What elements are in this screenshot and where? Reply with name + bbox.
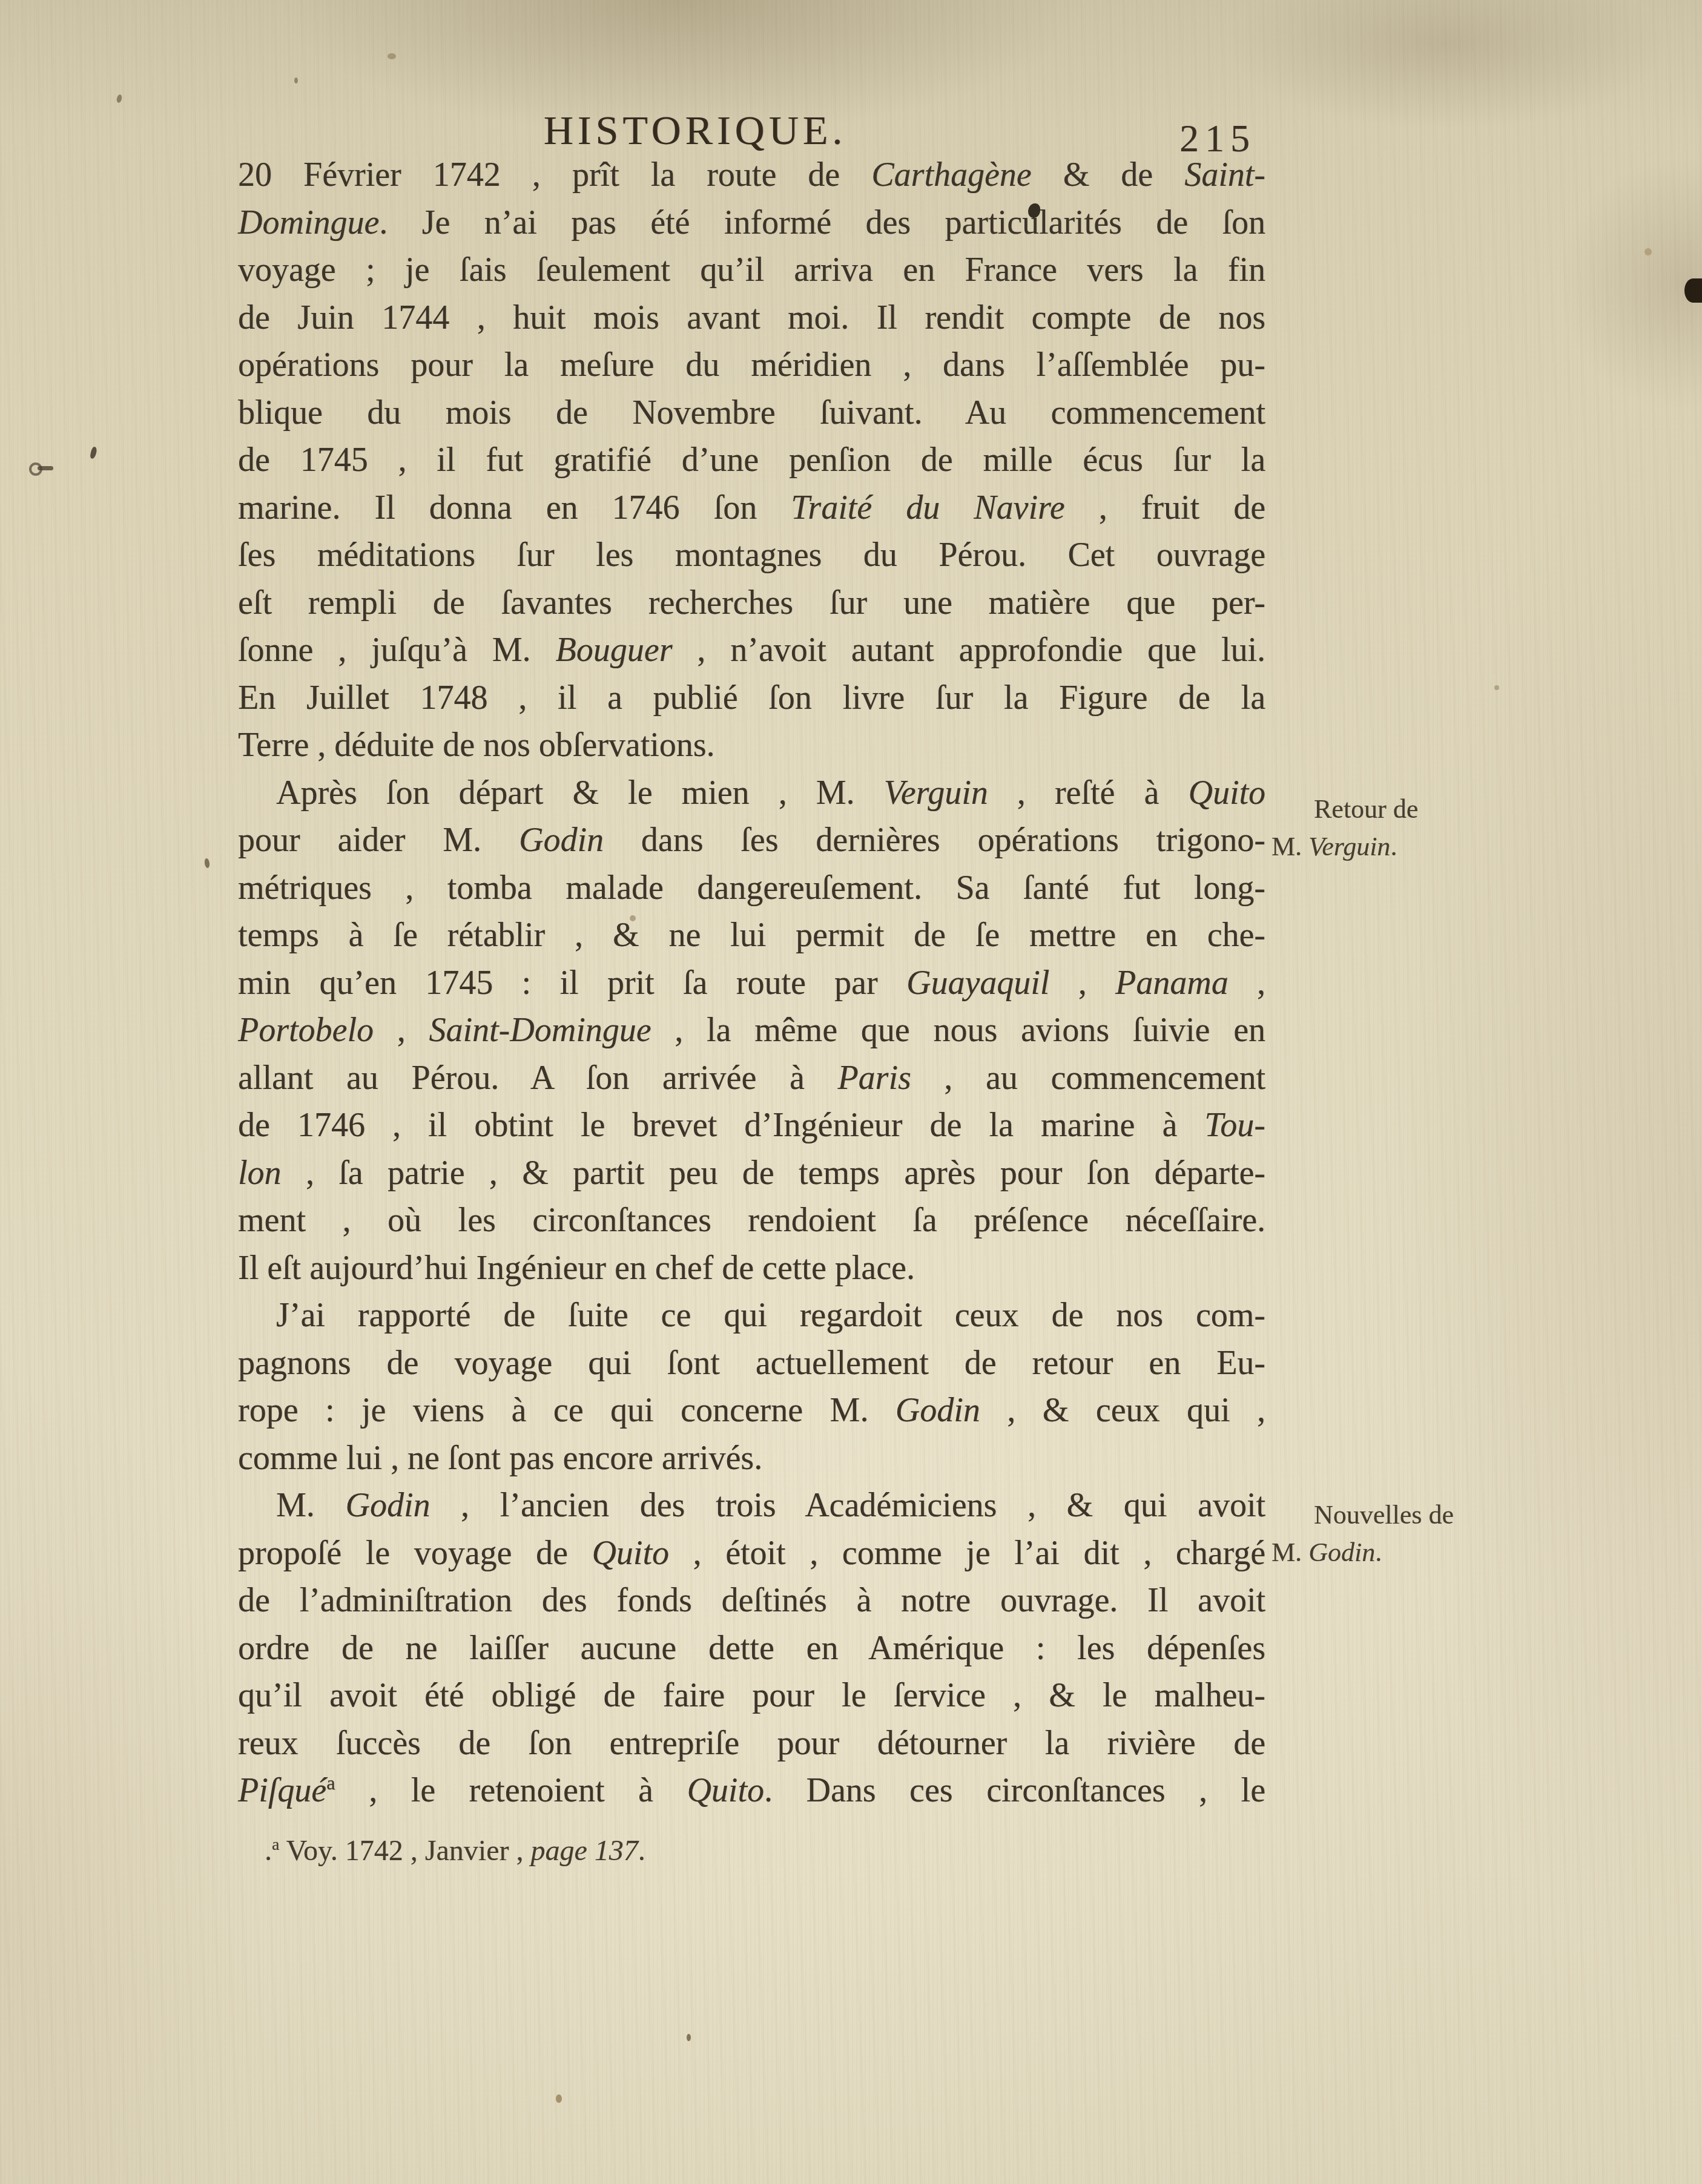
ink-speck (1684, 278, 1702, 303)
footnote: .a Voy. 1742 , Janvier , page 137. (265, 1833, 1112, 1869)
text-block: 20 Février 1742 , prît la route de Carth… (238, 151, 1265, 1815)
ink-speck (388, 53, 396, 59)
text-line: Portobelo , Saint-Domingue , la même que… (238, 1007, 1265, 1054)
margin-note: Retour deM. Verguin. (1272, 791, 1562, 866)
text-line: Terre , déduite de nos obſervations. (238, 722, 1265, 769)
text-line: ment , où les circonſtances rendoient ſa… (238, 1197, 1265, 1245)
text-line: opérations pour la meſure du méridien , … (238, 341, 1265, 389)
text-line: temps à ſe rétablir , & ne lui permit de… (238, 912, 1265, 959)
text-line: de 1746 , il obtint le brevet d’Ingénieu… (238, 1102, 1265, 1150)
text-line: Piſquéa , le retenoient à Quito. Dans ce… (238, 1767, 1265, 1815)
margin-note-line: Nouvelles de (1272, 1496, 1562, 1534)
text-line: Domingue. Je n’ai pas été informé des pa… (238, 199, 1265, 247)
ink-speck (29, 462, 42, 476)
text-line: pagnons de voyage qui ſont actuellement … (238, 1340, 1265, 1387)
text-line: Après ſon départ & le mien , M. Verguin … (238, 769, 1265, 817)
text-line: blique du mois de Novembre ſuivant. Au c… (238, 389, 1265, 437)
text-line: métriques , tomba malade dangereuſement.… (238, 864, 1265, 912)
text-line: En Juillet 1748 , il a publié ſon livre … (238, 674, 1265, 722)
running-header: HISTORIQUE. (332, 108, 1058, 153)
ink-speck (116, 94, 122, 104)
text-line: comme lui , ne ſont pas encore arrivés. (238, 1435, 1265, 1482)
ink-speck (90, 446, 97, 459)
margin-note-line: M. Verguin. (1272, 828, 1562, 866)
text-line: allant au Pérou. A ſon arrivée à Paris ,… (238, 1054, 1265, 1102)
text-line: de 1745 , il fut gratifié d’une penſion … (238, 436, 1265, 484)
text-line: qu’il avoit été obligé de faire pour le … (238, 1672, 1265, 1720)
margin-note-line: M. Godin. (1272, 1534, 1562, 1571)
text-line: eſt rempli de ſavantes recherches ſur un… (238, 579, 1265, 627)
text-line: J’ai rapporté de ſuite ce qui regardoit … (238, 1292, 1265, 1340)
text-line: de l’adminiſtration des fonds deſtinés à… (238, 1577, 1265, 1625)
text-line: pour aider M. Godin dans ſes dernières o… (238, 817, 1265, 864)
text-line: reux ſuccès de ſon entrepriſe pour détou… (238, 1720, 1265, 1768)
ink-speck (1644, 248, 1652, 255)
text-line: Il eſt aujourd’hui Ingénieur en chef de … (238, 1245, 1265, 1292)
ink-speck (204, 858, 210, 869)
ink-speck (556, 2094, 562, 2103)
text-line: ſonne , juſqu’à M. Bouguer , n’avoit aut… (238, 627, 1265, 674)
text-line: marine. Il donna en 1746 ſon Traité du N… (238, 484, 1265, 532)
text-line: de Juin 1744 , huit mois avant moi. Il r… (238, 294, 1265, 342)
ink-speck (38, 466, 53, 470)
text-line: M. Godin , l’ancien des trois Académicie… (238, 1482, 1265, 1530)
scanned-book-page: HISTORIQUE. 215 20 Février 1742 , prît l… (0, 0, 1702, 2184)
ink-speck (687, 2034, 691, 2041)
margin-note: Nouvelles deM. Godin. (1272, 1496, 1562, 1571)
text-line: voyage ; je ſais ſeulement qu’il arriva … (238, 246, 1265, 294)
ink-speck (1494, 685, 1499, 690)
text-line: ordre de ne laiſſer aucune dette en Amér… (238, 1625, 1265, 1673)
text-line: lon , ſa patrie , & partit peu de temps … (238, 1150, 1265, 1197)
text-line: ſes méditations ſur les montagnes du Pér… (238, 531, 1265, 579)
ink-speck (294, 77, 298, 84)
text-line: rope : je viens à ce qui concerne M. God… (238, 1387, 1265, 1435)
text-line: min qu’en 1745 : il prit ſa route par Gu… (238, 959, 1265, 1007)
margin-note-line: Retour de (1272, 791, 1562, 828)
text-line: propoſé le voyage de Quito , étoit , com… (238, 1530, 1265, 1577)
text-line: 20 Février 1742 , prît la route de Carth… (238, 151, 1265, 199)
